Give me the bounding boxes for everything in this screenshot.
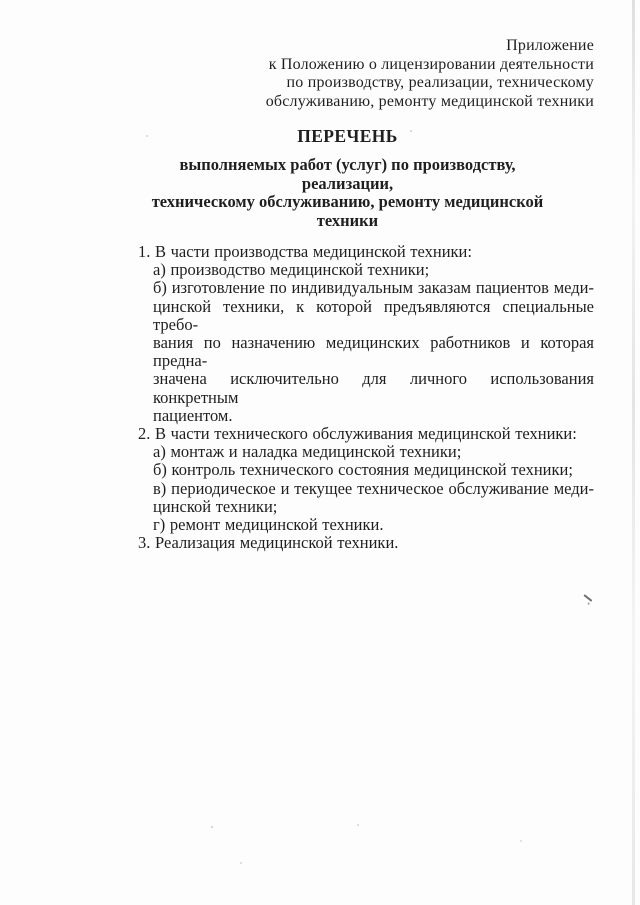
scan-speck: [410, 130, 412, 132]
scan-speck: [520, 840, 522, 842]
list-item-1: 1. В части производства медицинской техн…: [138, 243, 594, 261]
appendix-line: обслуживанию, ремонту медицинской техник…: [138, 93, 594, 112]
list-item-2: 2. В части технического обслуживания мед…: [138, 425, 594, 443]
subtitle-line: выполняемых работ (услуг) по производств…: [138, 156, 557, 193]
scan-speck: [146, 135, 148, 137]
list-item-1b: б) изготовление по индивидуальным заказа…: [153, 279, 594, 297]
scan-speck: [211, 826, 213, 828]
list-item-2a: а) монтаж и наладка медицинской техники;: [153, 443, 594, 461]
pen-mark-artifact: [584, 594, 593, 601]
appendix-line: по производству, реализации, техническом…: [138, 74, 594, 93]
list-item-2v: в) периодическое и текущее техническое о…: [153, 480, 594, 498]
list-item-1b-cont: вания по назначению медицинских работник…: [153, 334, 594, 370]
list-item-1a: а) производство медицинской техники;: [153, 261, 594, 279]
scan-speck: [240, 862, 242, 864]
list-item-2b: б) контроль технического состояния медиц…: [153, 461, 594, 479]
works-list: 1. В части производства медицинской техн…: [138, 243, 594, 552]
list-item-3: 3. Реализация медицинской техники.: [138, 534, 594, 552]
list-item-1b-cont: пациентом.: [153, 407, 594, 425]
document-title: ПЕРЕЧЕНЬ: [138, 127, 557, 146]
subtitle-block: выполняемых работ (услуг) по производств…: [138, 156, 557, 230]
list-item-2v-cont: цинской техники;: [153, 498, 594, 516]
scan-speck: [357, 824, 359, 826]
appendix-block: Приложение к Положению о лицензировании …: [138, 37, 594, 111]
scanned-document-page: Приложение к Положению о лицензировании …: [0, 0, 640, 905]
list-item-1b-cont: цинской техники, к которой предъявляются…: [153, 298, 594, 334]
subtitle-line: техническому обслуживанию, ремонту медиц…: [138, 193, 557, 230]
appendix-line: к Положению о лицензировании деятельност…: [138, 56, 594, 75]
document-content: Приложение к Положению о лицензировании …: [138, 37, 594, 552]
scan-edge-line-artifact: [632, 0, 635, 905]
list-item-2g: г) ремонт медицинской техники.: [153, 516, 594, 534]
heading-block: ПЕРЕЧЕНЬ выполняемых работ (услуг) по пр…: [138, 127, 557, 230]
list-item-1b-cont: значена исключительно для личного исполь…: [153, 370, 594, 406]
appendix-line: Приложение: [138, 37, 594, 56]
